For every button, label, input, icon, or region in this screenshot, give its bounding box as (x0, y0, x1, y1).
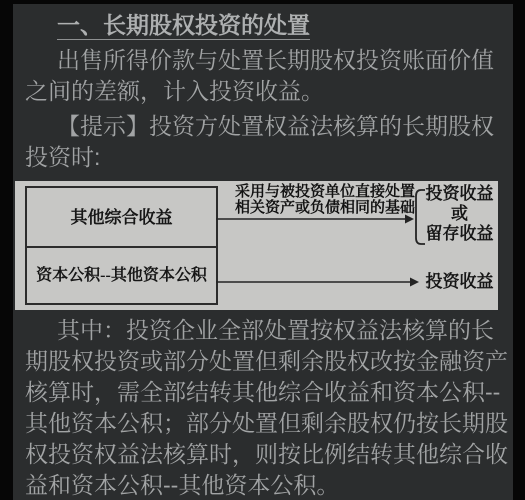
outcome-investment-income: 投资收益 (421, 184, 498, 204)
paragraph-line: 权投资权益法核算时，则按比例结转其他综合收 (25, 439, 507, 470)
outcome-or: 或 (421, 204, 498, 224)
document-page: 一、长期股权投资的处置 出售所得价款与处置长期股权投资账面价值 之间的差额，计入… (13, 4, 513, 500)
arrow-head-top-icon (405, 215, 414, 224)
paragraph-line: 之间的差额，计入投资收益。 (25, 76, 507, 107)
paragraph-line: 其中：投资企业全部处置按权益法核算的长 (25, 315, 507, 346)
section-title: 一、长期股权投资的处置 (25, 10, 507, 41)
outcome-bottom-investment-income: 投资收益 (421, 272, 498, 292)
arrow-head-bottom-icon (410, 278, 419, 287)
paragraph-line: 出售所得价款与处置长期股权投资账面价值 (25, 45, 507, 76)
paragraph-line: 投资时: (25, 142, 507, 173)
paragraph-line: 期股权投资或部分处置但剩余股权改按金融资产 (25, 346, 507, 377)
paragraph-line: 核算时，需全部结转其他综合收益和资本公积-- (25, 377, 507, 408)
section-title-text: 一、长期股权投资的处置 (57, 12, 310, 38)
screenshot-frame: 一、长期股权投资的处置 出售所得价款与处置长期股权投资账面价值 之间的差额，计入… (0, 0, 525, 500)
equity-method-disposal-diagram: 其他综合收益 资本公积--其他资本公积 采用与被投资单位直接处置 相关资产或负债… (15, 181, 498, 310)
paragraph-line: 【提示】投资方处置权益法核算的长期股权 (25, 111, 507, 142)
paragraph-line: 其他资本公积；部分处置但剩余股权仍按长期股 (25, 408, 507, 439)
paragraph-line: 益和资本公积--其他资本公积。 (25, 470, 507, 500)
outcome-top-group: 投资收益 或 留存收益 (421, 184, 498, 244)
document-content: 一、长期股权投资的处置 出售所得价款与处置长期股权投资账面价值 之间的差额，计入… (13, 4, 513, 500)
outcome-retained-earnings: 留存收益 (421, 224, 498, 244)
